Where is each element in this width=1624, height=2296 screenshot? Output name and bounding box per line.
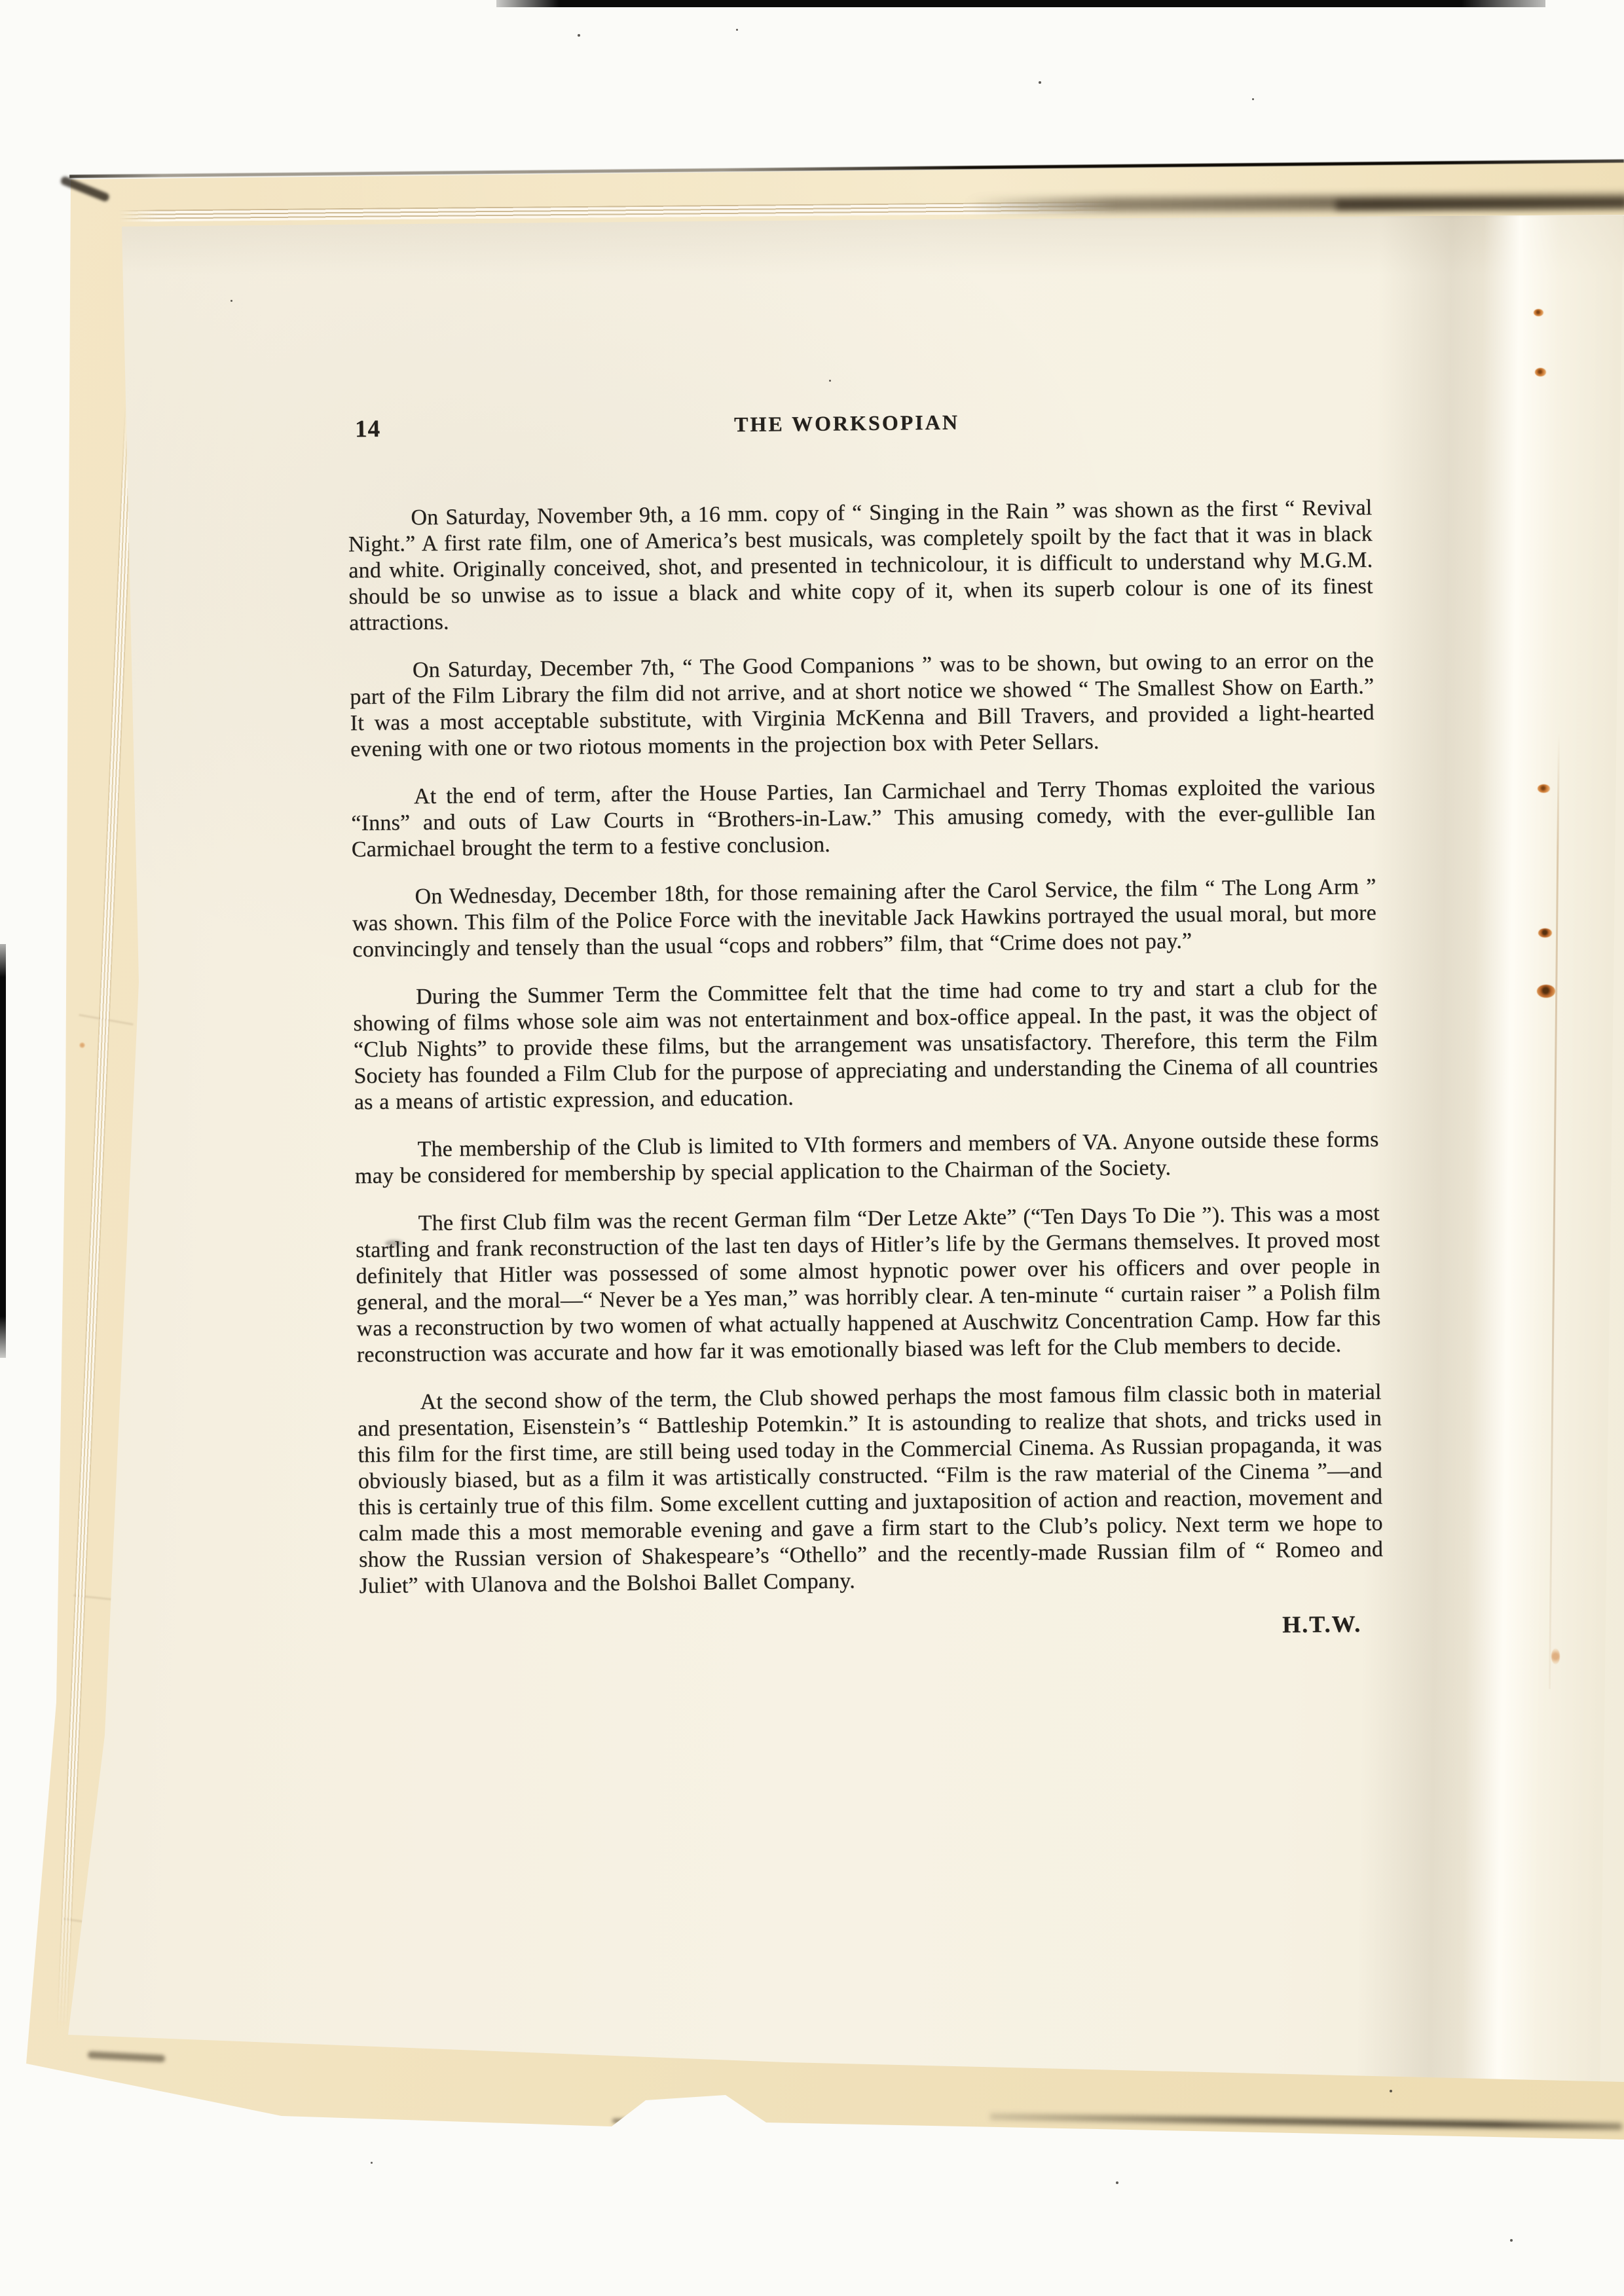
- article: On Saturday, November 9th, a 16 mm. copy…: [348, 495, 1383, 1599]
- dust-speck: [231, 300, 232, 302]
- dust-speck: [371, 2162, 373, 2164]
- scanned-page: 14 THE WORKSOPIAN On Saturday, November …: [0, 0, 1624, 2296]
- paragraph: At the end of term, after the House Part…: [351, 774, 1376, 863]
- dust-speck: [578, 34, 580, 37]
- page-number: 14: [355, 416, 380, 443]
- paragraph: The membership of the Club is limited to…: [354, 1127, 1379, 1190]
- cover-wear-mark: [88, 2051, 165, 2062]
- rust-spot: [1538, 784, 1550, 793]
- dust-speck: [736, 29, 738, 31]
- dust-speck: [829, 380, 831, 382]
- dust-speck: [1390, 2090, 1392, 2092]
- dust-speck: [1116, 2181, 1118, 2184]
- rust-spot: [1534, 309, 1543, 316]
- paragraph: At the second show of the term, the Club…: [357, 1379, 1383, 1599]
- rust-spot: [1537, 985, 1555, 998]
- paragraph: On Saturday, December 7th, “ The Good Co…: [350, 647, 1375, 763]
- rust-spot: [1538, 928, 1552, 938]
- paragraph: The first Club film was the recent Germa…: [355, 1201, 1380, 1368]
- cover-bottom-shadow: [990, 2113, 1622, 2130]
- rust-spot: [79, 1042, 85, 1048]
- page-content: 14 THE WORKSOPIAN On Saturday, November …: [347, 405, 1384, 1647]
- rust-spot: [1535, 368, 1546, 376]
- paragraph: On Saturday, November 9th, a 16 mm. copy…: [348, 495, 1373, 636]
- page-crease-highlight: [1356, 117, 1624, 2136]
- rust-spot: [1551, 1649, 1560, 1664]
- scanner-edge-artifact-left: [0, 944, 6, 1358]
- cover-top-shadow-dark: [1336, 198, 1624, 210]
- scanner-edge-artifact-top: [496, 0, 1545, 7]
- cover-notch-shadow: [612, 2119, 730, 2123]
- paragraph: During the Summer Term the Committee fel…: [353, 974, 1378, 1116]
- paragraph: On Wednesday, December 18th, for those r…: [352, 874, 1376, 963]
- dust-speck: [1510, 2239, 1513, 2242]
- dust-speck: [1252, 98, 1254, 100]
- dust-speck: [1039, 81, 1041, 84]
